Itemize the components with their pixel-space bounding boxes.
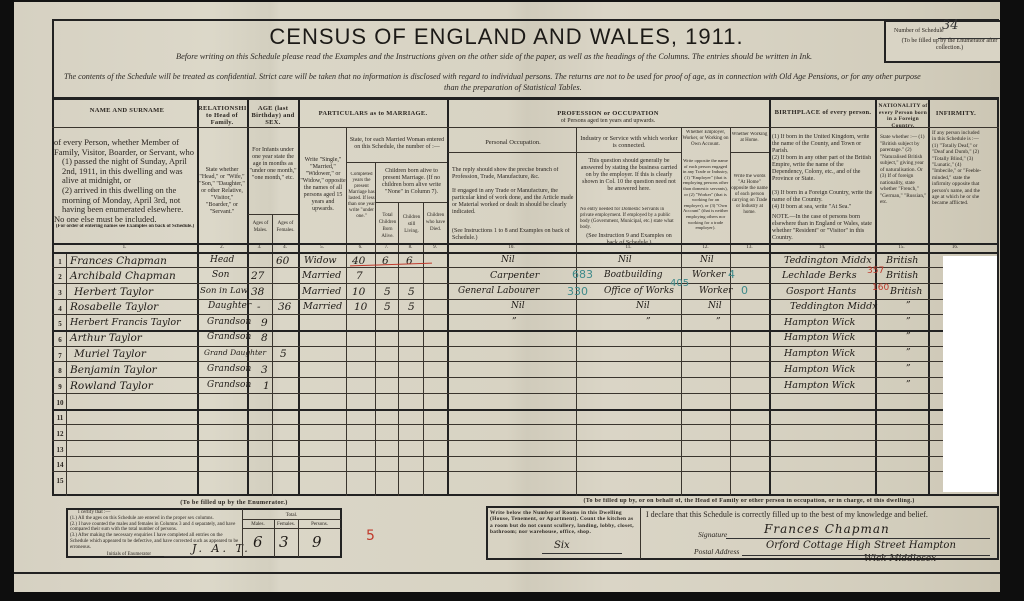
occupation: Nil [511, 301, 525, 311]
marriage-years: 10 [354, 301, 367, 313]
enumerator-red-mark: 5 [366, 528, 375, 544]
scan-border-bottom [0, 592, 1024, 601]
nationality: British [886, 270, 918, 281]
nationality: ” [906, 301, 911, 311]
redacted-infirmity-column [943, 256, 997, 492]
employer-code: 4 [728, 268, 735, 281]
nationality: British [886, 255, 918, 266]
header-home-body: Write the words "At Home" opposite the n… [731, 174, 768, 216]
header-name-note: No one else must be included. [54, 215, 196, 225]
person-name: Rowland Taylor [70, 380, 153, 392]
row-number: 15 [54, 477, 66, 485]
row-number: 11 [54, 414, 66, 422]
female-age: 36 [278, 301, 291, 313]
enumerator-heading: (To be filled up by the Enumerator.) [134, 499, 334, 506]
relationship: Grandson [207, 364, 251, 374]
occupation: General Labourer [458, 286, 539, 296]
header-marriage-completed: Completed years the present Marriage has… [348, 172, 375, 220]
header-marriage-died: Children who have Died. [424, 212, 447, 233]
header-home: Whether Working at Home. [731, 132, 768, 144]
header-name-order: (For order of entering names see Example… [54, 224, 196, 230]
row-number: 5 [54, 320, 66, 328]
header-employer-body: Write opposite the name of each person e… [682, 158, 729, 231]
total-females: 3 [279, 533, 289, 551]
postal-address-label: Postal Address [694, 547, 739, 556]
person-name: Muriel Taylor [74, 348, 146, 360]
birthplace-code: 357 [867, 266, 884, 276]
header-industry: Industry or Service with which worker is… [578, 135, 680, 149]
person-name: Frances Chapman [70, 255, 167, 267]
scan-border-left [0, 0, 14, 601]
instruction-line-1: Before writing on this Schedule please r… [176, 52, 812, 61]
male-age: - [257, 301, 261, 313]
column-number: 1. [52, 245, 197, 250]
header-age: AGE (last Birthday) and SEX. [248, 105, 298, 126]
employer-status: Worker [692, 270, 725, 280]
header-profession-subtitle: of Persons aged ten years and upwards. [448, 118, 768, 125]
children-living: 6 [406, 255, 413, 267]
header-birthplace-2: (2) If born in any other part of the Bri… [772, 155, 876, 183]
person-name: Benjamin Taylor [70, 364, 157, 376]
industry: Office of Works [604, 286, 674, 296]
row-number: 12 [54, 430, 66, 438]
declaration-text: I declare that this Schedule is correctl… [646, 510, 928, 519]
birthplace-code: 160 [872, 283, 889, 293]
male-age: 1 [263, 380, 270, 392]
person-name: Herbert Francis Taylor [70, 317, 181, 328]
employer-status: ” [716, 317, 721, 327]
header-name-item1: (1) passed the night of Sunday, April 2n… [54, 157, 196, 186]
birthplace: Lechlade Berks [782, 270, 857, 281]
male-age: 3 [261, 364, 268, 376]
nationality: ” [906, 317, 911, 327]
column-number: 13. [730, 245, 769, 250]
header-profession: PROFESSION or OCCUPATION [448, 110, 768, 117]
column-number: 2. [197, 245, 247, 250]
industry-code: 405 [670, 278, 689, 289]
schedule-number-value: 34 [942, 22, 959, 29]
male-age: 9 [261, 317, 268, 329]
header-name-item2: (2) arrived in this dwelling on the morn… [54, 186, 196, 215]
children-total: 5 [384, 286, 391, 298]
occupation-code: 683 [572, 268, 593, 281]
census-schedule-page: CENSUS OF ENGLAND AND WALES, 1911. Befor… [14, 2, 1000, 592]
row-number: 6 [54, 336, 66, 344]
header-age-body: For Infants under one year state the age… [248, 147, 298, 182]
header-marriage-children: Children born alive to present Marriage.… [376, 168, 447, 196]
marital-status: Widow [304, 255, 337, 266]
signature-label: Signature [698, 530, 727, 539]
schedule-number-note: (To be filled up by the Enumerator after… [894, 38, 1005, 52]
header-industry-note: No entry needed for Domestic Servants in… [580, 207, 678, 231]
column-number: 7. [375, 245, 398, 250]
marriage-years: 7 [356, 270, 363, 282]
header-relationship-body: State whether "Head," or "Wife," "Son," … [199, 167, 245, 216]
birthplace: Teddington Middx [784, 255, 872, 266]
birthplace: Hampton Wick [784, 364, 855, 375]
column-number: 5. [298, 245, 346, 250]
column-number: 3. [247, 245, 272, 250]
industry: Boatbuilding [604, 270, 663, 280]
schedule-number-box: Number of Schedule 34 (To be filled up b… [884, 20, 1011, 63]
column-number: 6. [346, 245, 375, 250]
occupation: Carpenter [490, 270, 539, 281]
header-birthplace: BIRTHPLACE of every person. [770, 109, 876, 116]
marital-status: Married [302, 270, 341, 281]
header-marriage-write: Write "Single," "Married," "Widower," or… [300, 157, 346, 213]
birthplace: Hampton Wick [784, 332, 855, 343]
rooms-count: Six [554, 540, 570, 551]
instruction-line-2: The contents of the Schedule will be tre… [64, 72, 921, 81]
person-name: Archibald Chapman [70, 270, 176, 282]
nationality: ” [906, 332, 911, 342]
initials-label: Initials of Enumerator [94, 551, 164, 558]
employer-status: Nil [708, 301, 722, 311]
relationship: Head [210, 255, 234, 265]
row-number: 1 [54, 258, 66, 266]
row-number: 14 [54, 461, 66, 469]
relationship: Grandson [207, 317, 251, 327]
header-infirmity: INFIRMITY. [930, 110, 982, 117]
marriage-years: 10 [352, 286, 365, 298]
header-name: NAME AND SURNAME [56, 107, 198, 114]
occupation-code: 330 [567, 285, 588, 298]
header-birthplace-3: (3) If born in a Foreign Country, write … [772, 190, 876, 204]
row-number: 3 [54, 289, 66, 297]
male-age: 8 [261, 332, 268, 344]
relationship: Son in Law [200, 286, 248, 296]
total-males: 6 [253, 533, 263, 551]
row-number: 10 [54, 399, 66, 407]
column-number: 11. [576, 245, 681, 250]
person-name: Herbert Taylor [74, 286, 153, 298]
nationality: ” [906, 380, 911, 390]
birthplace: Gosport Hants [786, 286, 856, 297]
header-birthplace-note: NOTE.—In the case of persons born elsewh… [772, 214, 876, 242]
header-birthplace-1: (1) If born in the United Kingdom, write… [772, 134, 876, 155]
row-number: 7 [54, 352, 66, 360]
male-age: 38 [251, 286, 264, 298]
marital-status: Married [302, 286, 341, 297]
header-personal-body3: (See Instructions 1 to 8 and Examples on… [452, 228, 576, 242]
birthplace: Hampton Wick [784, 317, 855, 328]
signature: Frances Chapman [764, 522, 890, 536]
header-relationship: RELATIONSHIP to Head of Family. [198, 105, 246, 126]
column-number: 15. [875, 245, 928, 250]
column-number: 10. [447, 245, 576, 250]
row-number: 4 [54, 305, 66, 313]
header-nationality: NATIONALITY of every Person born in a Fo… [878, 103, 928, 129]
header-marriage-state: State, for each Married Woman entered on… [348, 137, 446, 151]
children-total: 5 [384, 301, 391, 313]
header-marriage-total: Total Children Born Alive. [376, 212, 399, 240]
female-age: 5 [280, 348, 287, 360]
relationship: Daughter [208, 301, 251, 311]
nationality: ” [906, 348, 911, 358]
header-birthplace-4: (4) If born at sea, write "At Sea." [772, 204, 876, 211]
marital-status: Married [303, 301, 342, 312]
children-living: 5 [408, 286, 415, 298]
person-name: Arthur Taylor [70, 332, 142, 344]
birthplace: Hampton Wick [784, 348, 855, 359]
header-personal-body2: If engaged in any Trade or Manufacture, … [452, 188, 576, 216]
nationality: ” [906, 364, 911, 374]
employer-status: Nil [700, 255, 714, 265]
header-name-body: of every Person, whether Member of Famil… [54, 138, 196, 157]
header-industry-body: This question should generally be answer… [580, 158, 678, 193]
schedule-number-label: Number of Schedule [894, 28, 944, 34]
birthplace: Teddington Middx [790, 301, 878, 312]
column-number: 9. [423, 245, 447, 250]
instruction-line-3: than the preparation of Statistical Tabl… [444, 83, 582, 92]
occupation: Nil [501, 255, 515, 265]
column-number: 14. [769, 245, 875, 250]
postal-address-line1: Orford Cottage High Street Hampton [766, 540, 956, 551]
document-title: CENSUS OF ENGLAND AND WALES, 1911. [14, 24, 999, 50]
relationship: Son [212, 270, 229, 280]
header-personal-body1: The reply should show the precise branch… [452, 167, 576, 181]
total-persons: 9 [312, 533, 322, 551]
header-marriage-living: Children still Living. [400, 214, 423, 235]
female-age: 60 [276, 255, 289, 267]
industry: Nil [618, 255, 632, 265]
nationality: British [890, 286, 922, 297]
row-number: 8 [54, 367, 66, 375]
row-number: 2 [54, 273, 66, 281]
header-age-females: Ages of Females. [273, 220, 298, 234]
male-age: 27 [251, 270, 264, 282]
industry: ” [646, 317, 651, 327]
persons-label: Persons. [298, 521, 341, 528]
column-number: 8. [398, 245, 423, 250]
industry: Nil [636, 301, 650, 311]
total-label: Total. [242, 512, 341, 519]
males-label: Males. [242, 521, 274, 528]
rooms-instructions: Write below the Number of Rooms in this … [490, 510, 638, 535]
certify-item-2: (2.) I have counted the males and female… [70, 522, 242, 534]
relationship: Grandson [207, 380, 251, 390]
header-infirmity-body: If any person included in this Schedule … [932, 130, 982, 207]
column-number: 12. [681, 245, 730, 250]
head-of-family-heading: (To be filled up by, or on behalf of, th… [524, 498, 974, 505]
relationship: Grand Daughter [204, 348, 266, 357]
header-personal-occupation: Personal Occupation. [450, 139, 576, 146]
females-label: Females. [274, 521, 298, 528]
header-marriage: PARTICULARS as to MARRIAGE. [299, 110, 447, 117]
scan-border-right [1000, 0, 1024, 601]
row-number: 13 [54, 446, 66, 454]
children-living: 5 [408, 301, 415, 313]
person-name: Rosabelle Taylor [70, 301, 158, 313]
header-age-males: Ages of Males. [248, 220, 273, 234]
column-number: 16. [928, 245, 982, 250]
header-employer: Whether Employer, Worker, or Working on … [682, 130, 729, 148]
relationship: Grandson [207, 332, 251, 342]
employer-status: Worker [699, 286, 732, 296]
header-nationality-body: State whether :— (1) "British subject by… [880, 134, 928, 206]
column-number: 4. [272, 245, 298, 250]
employer-code: 0 [741, 284, 748, 297]
row-number: 9 [54, 383, 66, 391]
birthplace: Hampton Wick [784, 380, 855, 391]
occupation: ” [512, 317, 517, 327]
